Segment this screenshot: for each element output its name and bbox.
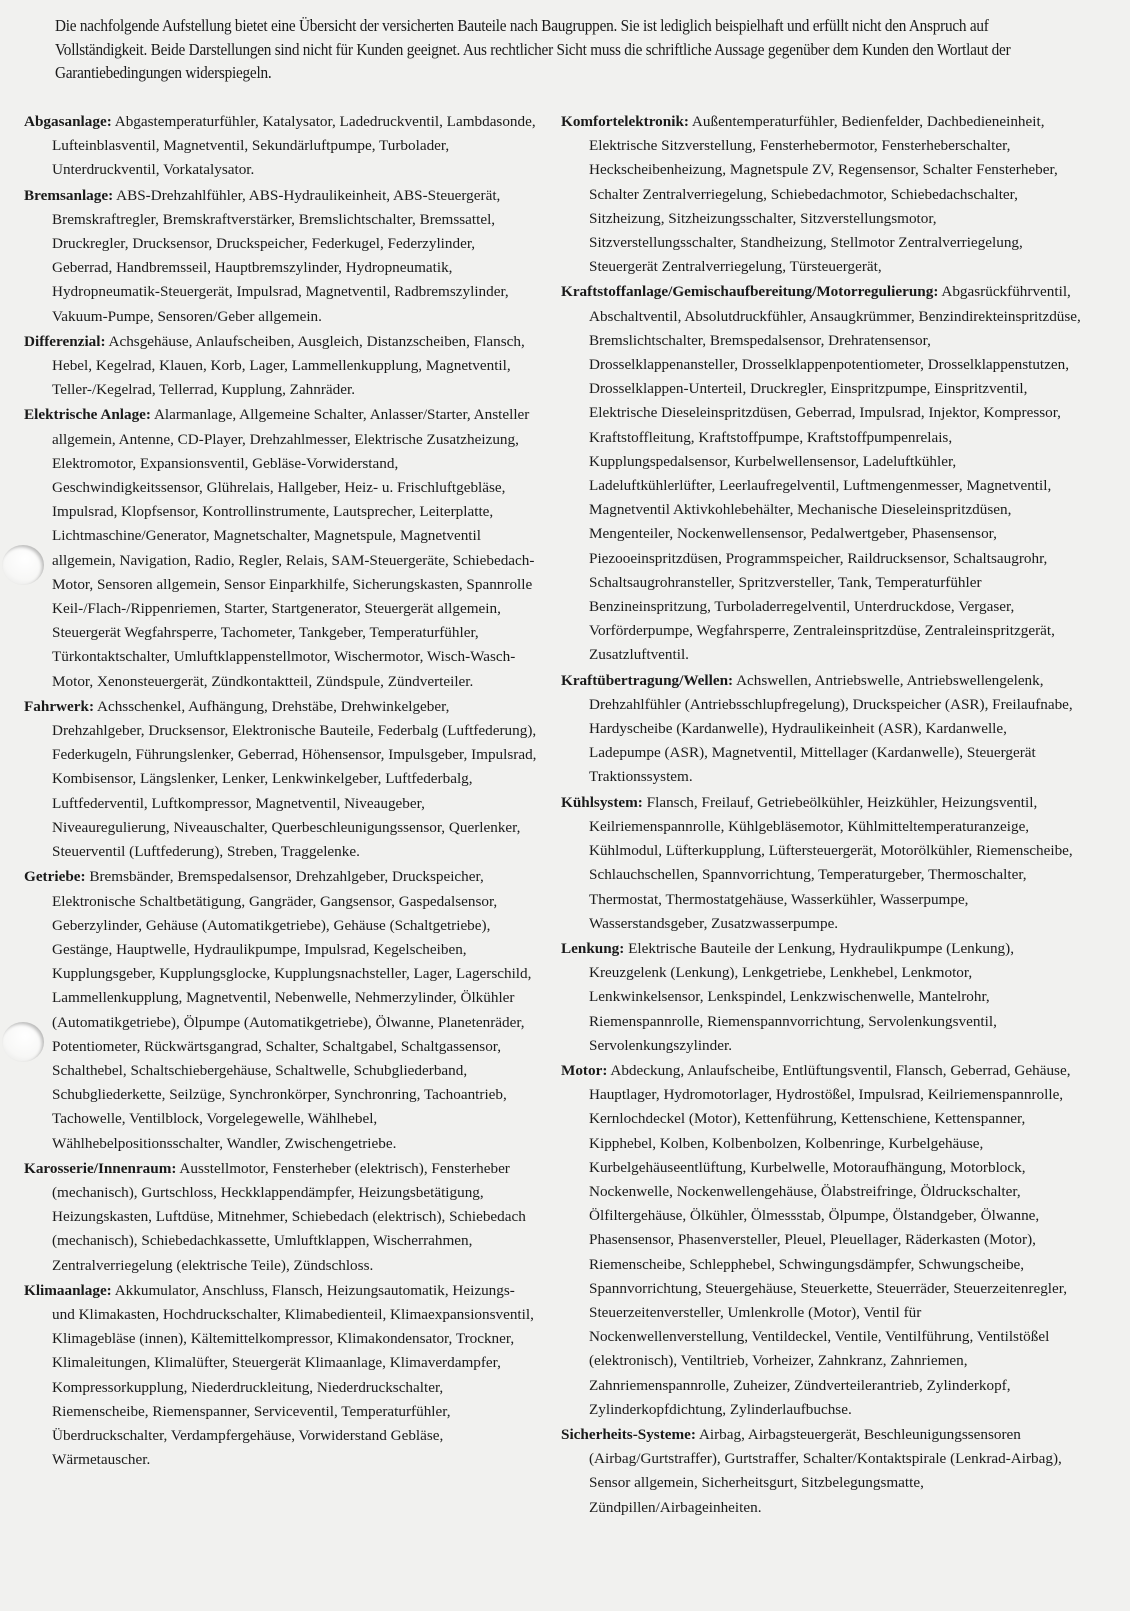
- group-items: Akkumulator, Anschluss, Flansch, Heizung…: [52, 1282, 534, 1468]
- group-klimaanlage: Klimaanlage: Akkumulator, Anschluss, Fla…: [24, 1279, 539, 1473]
- intro-paragraph: Die nachfolgende Aufstellung bietet eine…: [55, 14, 1078, 85]
- group-items: Abgasrückführventil, Abschaltventil, Abs…: [589, 283, 1081, 663]
- group-title: Elektrische Anlage:: [24, 406, 151, 423]
- group-title: Kraftübertragung/Wellen:: [561, 672, 733, 689]
- group-abgasanlage: Abgasanlage: Abgastemperaturfühler, Kata…: [24, 110, 539, 183]
- group-kraftuebertragung-wellen: Kraftübertragung/Wellen: Achswellen, Ant…: [561, 669, 1081, 790]
- group-sicherheits-systeme: Sicherheits-Systeme: Airbag, Airbagsteue…: [561, 1423, 1081, 1520]
- group-lenkung: Lenkung: Elektrische Bauteile der Lenkun…: [561, 937, 1081, 1058]
- group-items: Achsgehäuse, Anlaufscheiben, Ausgleich, …: [52, 333, 525, 398]
- group-fahrwerk: Fahrwerk: Achsschenkel, Aufhängung, Dreh…: [24, 695, 539, 864]
- group-title: Komfortelektronik:: [561, 113, 689, 130]
- group-title: Kraftstoffanlage/Gemischaufbereitung/Mot…: [561, 283, 938, 300]
- group-items: Achsschenkel, Aufhängung, Drehstäbe, Dre…: [52, 698, 536, 860]
- group-motor: Motor: Abdeckung, Anlaufscheibe, Entlüft…: [561, 1059, 1081, 1422]
- group-title: Abgasanlage:: [24, 113, 112, 130]
- left-column: Abgasanlage: Abgastemperaturfühler, Kata…: [24, 110, 539, 1473]
- group-title: Bremsanlage:: [24, 187, 113, 204]
- group-title: Karosserie/Innenraum:: [24, 1160, 176, 1177]
- group-items: Abgastemperaturfühler, Katalysator, Lade…: [52, 113, 536, 178]
- group-karosserie-innenraum: Karosserie/Innenraum: Ausstellmotor, Fen…: [24, 1157, 539, 1278]
- group-title: Kühlsystem:: [561, 794, 643, 811]
- group-items: Elektrische Bauteile der Lenkung, Hydrau…: [589, 940, 1014, 1054]
- group-title: Klimaanlage:: [24, 1282, 112, 1299]
- group-getriebe: Getriebe: Bremsbänder, Bremspedalsensor,…: [24, 865, 539, 1155]
- group-items: Abdeckung, Anlaufscheibe, Entlüftungsven…: [589, 1062, 1071, 1418]
- group-title: Getriebe:: [24, 868, 86, 885]
- group-title: Lenkung:: [561, 940, 624, 957]
- group-title: Fahrwerk:: [24, 698, 94, 715]
- right-column: Komfortelektronik: Außentemperaturfühler…: [561, 110, 1081, 1521]
- group-items: Alarmanlage, Allgemeine Schalter, Anlass…: [52, 406, 534, 689]
- group-kraftstoffanlage: Kraftstoffanlage/Gemischaufbereitung/Mot…: [561, 280, 1081, 667]
- group-kuehlsystem: Kühlsystem: Flansch, Freilauf, Getriebeö…: [561, 791, 1081, 936]
- group-elektrische-anlage: Elektrische Anlage: Alarmanlage, Allgeme…: [24, 403, 539, 693]
- group-title: Motor:: [561, 1062, 607, 1079]
- group-title: Sicherheits-Systeme:: [561, 1426, 696, 1443]
- group-komfortelektronik: Komfortelektronik: Außentemperaturfühler…: [561, 110, 1081, 279]
- group-title: Differenzial:: [24, 333, 106, 350]
- group-items: ABS-Drehzahlfühler, ABS-Hydraulikeinheit…: [52, 187, 509, 325]
- group-differenzial: Differenzial: Achsgehäuse, Anlaufscheibe…: [24, 330, 539, 403]
- group-items: Außentemperaturfühler, Bedienfelder, Dac…: [589, 113, 1058, 275]
- group-bremsanlage: Bremsanlage: ABS-Drehzahlfühler, ABS-Hyd…: [24, 184, 539, 329]
- group-items: Bremsbänder, Bremspedalsensor, Drehzahlg…: [52, 868, 531, 1151]
- group-items: Flansch, Freilauf, Getriebeölkühler, Hei…: [589, 794, 1073, 932]
